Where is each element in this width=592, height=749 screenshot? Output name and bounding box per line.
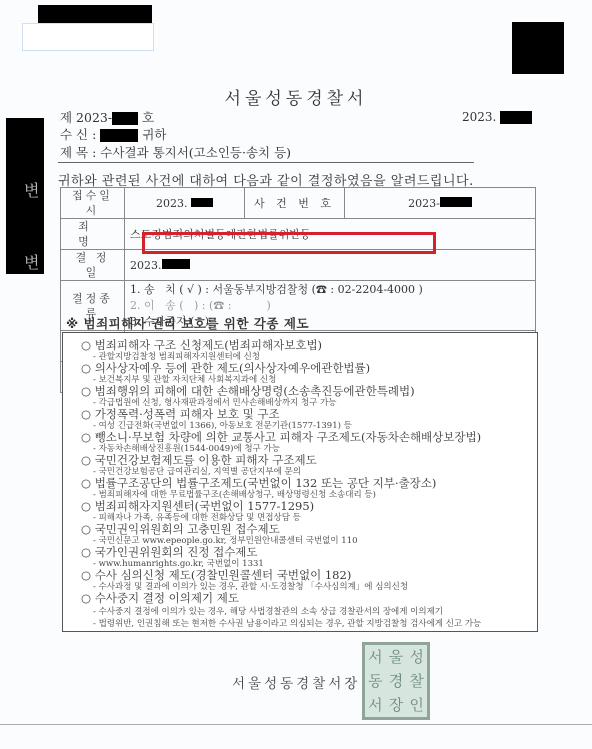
redaction-top-right <box>512 22 564 74</box>
highlight-box <box>142 232 436 254</box>
case-no-value: 2023- <box>345 188 536 219</box>
redaction-date <box>500 111 532 124</box>
rights-item-heading: ○ 의사상자예우 등에 관한 제도(의사상자예우에관한법률) <box>81 361 370 375</box>
rights-item-heading: ○ 뺑소니·무보험 차량에 의한 교통사고 피해자 구조제도(자동차손해배상보장… <box>81 430 481 444</box>
charge-label: 죄 명 <box>61 219 125 250</box>
page-bottom-line <box>0 724 592 725</box>
subject-line: 제 목 : 수사결과 통지서(고소인등·송치 등) <box>60 143 291 161</box>
seal-char: 서 <box>365 645 386 669</box>
rights-item: ○ 의사상자예우 등에 관한 제도(의사상자예우에관한법률)- 보건복지부 및 … <box>81 362 370 385</box>
decision-option-send: 1. 송 치 ( √ ) : 서울동부지방검찰청 (☎ : 02-2204-40… <box>130 282 530 298</box>
rights-item-heading: ○ 국민권익위원회의 고충민원 접수제도 <box>81 522 280 536</box>
seal-char: 울 <box>386 645 407 669</box>
blank-field-box <box>22 23 154 51</box>
decision-date-label: 결 정 일 <box>61 250 125 281</box>
rights-item-heading: ○ 범죄피해자지원센터(국번없이 1577-1295) <box>81 499 314 513</box>
rights-item: ○ 수사 심의신청 제도(경찰민원콜센터 국번없이 182)- 수사과정 및 결… <box>81 569 408 592</box>
seal-char: 장 <box>386 693 407 717</box>
rights-item: ○ 범죄피해자 구조 신청제도(범죄피해자보호법)- 관할지방검찰청 범죄피해자… <box>81 339 322 362</box>
seal-char: 동 <box>365 669 386 693</box>
seal-char: 인 <box>406 693 427 717</box>
seal-char: 서 <box>365 693 386 717</box>
recipient-label: 수 신 : <box>60 127 96 142</box>
decision-date-value: 2023. <box>125 250 536 281</box>
seal-char: 경 <box>386 669 407 693</box>
rights-item: ○ 범죄피해자지원센터(국번없이 1577-1295)- 피해자나 가족, 유족… <box>81 500 314 523</box>
rights-item-heading: ○ 수사 심의신청 제도(경찰민원콜센터 국번없이 182) <box>81 568 351 582</box>
rights-title: ※ 범죄피해자 권리 보호를 위한 각종 제도 <box>66 314 309 332</box>
received-label: 접수일시 <box>61 188 125 219</box>
recipient-suffix: 귀하 <box>142 127 166 142</box>
rights-item-detail: - 법령위반, 인권침해 또는 현저한 수사권 남용이라고 의심되는 경우, 관… <box>93 619 481 629</box>
official-seal: 서울성동경찰서장인 <box>362 642 430 720</box>
rights-box: ○ 범죄피해자 구조 신청제도(범죄피해자보호법)- 관할지방검찰청 범죄피해자… <box>62 332 538 632</box>
rights-item: ○ 국가인권위원회의 진정 접수제도- www.humanrights.go.k… <box>81 546 264 569</box>
seal-char: 찰 <box>406 669 427 693</box>
rights-item-detail: - 수사중지 결정에 이의가 있는 경우, 해당 사법경찰관의 소속 상급 경찰… <box>93 607 481 617</box>
signature: 서울성동경찰서장 <box>232 672 360 692</box>
rights-item-heading: ○ 국가인권위원회의 진정 접수제도 <box>81 545 258 559</box>
issue-date-text: 2023. <box>462 110 496 124</box>
rights-item-heading: ○ 법률구조공단의 법률구조제도(국번없이 132 또는 공단 지부·출장소) <box>81 476 436 490</box>
doc-number-prefix: 제 2023- <box>60 110 112 125</box>
rights-item-heading: ○ 가정폭력·성폭력 피해자 보호 및 구조 <box>81 407 280 421</box>
doc-number: 제 2023- 호 <box>60 108 154 126</box>
doc-number-suffix: 호 <box>142 110 154 125</box>
rights-item: ○ 뺑소니·무보험 차량에 의한 교통사고 피해자 구조제도(자동차손해배상보장… <box>81 431 481 454</box>
side-mark: 변 <box>24 178 39 201</box>
rights-item: ○ 범죄행위의 피해에 대한 손해배상명령(소송촉진등에관한특례법)- 각급법원… <box>81 385 415 408</box>
divider <box>58 162 474 163</box>
rights-item: ○ 가정폭력·성폭력 피해자 보호 및 구조- 여성 긴급전화(국번없이 136… <box>81 408 352 431</box>
recipient-line: 수 신 : 귀하 <box>60 125 166 143</box>
redaction-doc-number <box>112 112 138 125</box>
rights-item: ○ 국민건강보험제도를 이용한 피해자 구조제도- 국민건강보험공단 급여관리실… <box>81 454 317 477</box>
decision-option-transfer: 2. 이 송 ( ) : (☎ : ) <box>130 298 530 314</box>
rights-item-heading: ○ 수사중지 결정 이의제기 제도 <box>81 591 239 605</box>
table-row: 결 정 일 2023. <box>61 250 536 281</box>
redaction-top-left <box>38 5 152 25</box>
table-row: 접수일시 2023. 사 건 번 호 2023- <box>61 188 536 219</box>
redaction-recipient <box>100 129 138 142</box>
subject-label: 제 목 : <box>60 145 96 160</box>
seal-char: 성 <box>406 645 427 669</box>
rights-item: ○ 수사중지 결정 이의제기 제도- 수사중지 결정에 이의가 있는 경우, 해… <box>81 592 481 629</box>
agency-title: 서울성동경찰서 <box>0 84 592 109</box>
received-value: 2023. <box>125 188 245 219</box>
rights-item: ○ 법률구조공단의 법률구조제도(국번없이 132 또는 공단 지부·출장소)-… <box>81 477 436 500</box>
rights-item: ○ 국민권익위원회의 고충민원 접수제도- 국민신문고 www.epeople.… <box>81 523 358 546</box>
case-no-label: 사 건 번 호 <box>245 188 345 219</box>
issue-date: 2023. <box>462 110 532 124</box>
side-mark: 변 <box>24 250 39 273</box>
subject-text: 수사결과 통지서(고소인등·송치 등) <box>100 145 291 160</box>
rights-item-heading: ○ 범죄피해자 구조 신청제도(범죄피해자보호법) <box>81 338 322 352</box>
rights-item-heading: ○ 국민건강보험제도를 이용한 피해자 구조제도 <box>81 453 317 467</box>
rights-item-heading: ○ 범죄행위의 피해에 대한 손해배상명령(소송촉진등에관한특례법) <box>81 384 415 398</box>
